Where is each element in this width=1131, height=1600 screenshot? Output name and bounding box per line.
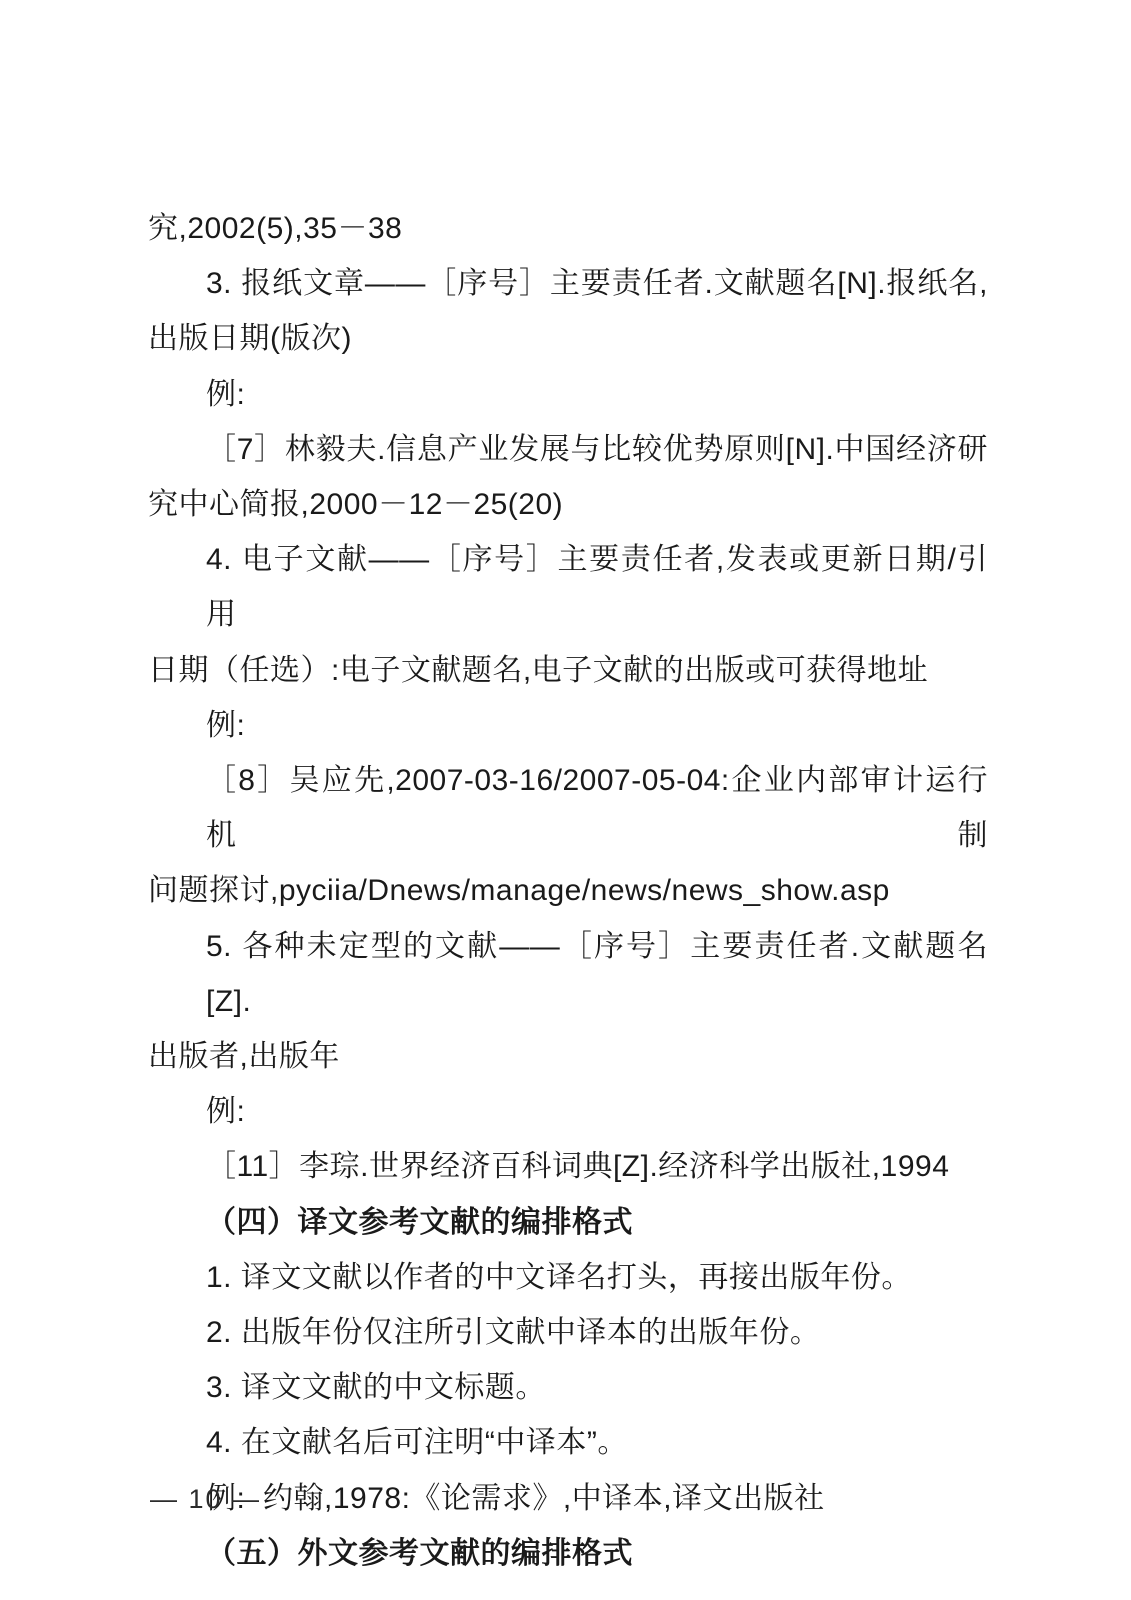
text-line: 究中心简报,2000－12－25(20) (148, 477, 988, 532)
text-line: 例: (148, 1084, 988, 1139)
text-line: 3. 译文文献的中文标题。 (148, 1360, 988, 1415)
text-line: 日期（任选）:电子文献题名,电子文献的出版或可获得地址 (148, 643, 988, 698)
text-line: 例: (148, 698, 988, 753)
text-line: ［7］林毅夫.信息产业发展与比较优势原则[N].中国经济研 (148, 422, 988, 477)
text-line: 出版日期(版次) (148, 311, 988, 366)
text-line: 出版者,出版年 (148, 1029, 988, 1084)
text-line: 2. 出版年份仅注所引文献中译本的出版年份。 (148, 1305, 988, 1360)
text-line: 问题探讨,pyciia/Dnews/manage/news/news_show.… (148, 863, 988, 918)
text-line: 例: (148, 367, 988, 422)
text-line: 5. 各种未定型的文献——［序号］主要责任者.文献题名[Z]. (148, 919, 988, 1029)
document-body: 究,2002(5),35－38 3. 报纸文章——［序号］主要责任者.文献题名[… (148, 201, 988, 1581)
text-line: 4. 在文献名后可注明“中译本”。 (148, 1415, 988, 1470)
text-line: 3. 报纸文章——［序号］主要责任者.文献题名[N].报纸名, (148, 256, 988, 311)
text-line: 究,2002(5),35－38 (148, 201, 988, 256)
page-number: — 10 — (150, 1484, 261, 1515)
section-heading: （四）译文参考文献的编排格式 (148, 1195, 988, 1250)
text-line: 4. 电子文献——［序号］主要责任者,发表或更新日期/引用 (148, 532, 988, 642)
document-page: 究,2002(5),35－38 3. 报纸文章——［序号］主要责任者.文献题名[… (0, 0, 1131, 1600)
text-line: 例: 约翰,1978:《论需求》,中译本,译文出版社 (148, 1471, 988, 1526)
text-line: ［11］李琮.世界经济百科词典[Z].经济科学出版社,1994 (148, 1139, 988, 1194)
text-line: 1. 译文文献以作者的中文译名打头，再接出版年份。 (148, 1250, 988, 1305)
text-line: ［8］吴应先,2007-03-16/2007-05-04:企业内部审计运行机制 (148, 753, 988, 863)
section-heading: （五）外文参考文献的编排格式 (148, 1526, 988, 1581)
